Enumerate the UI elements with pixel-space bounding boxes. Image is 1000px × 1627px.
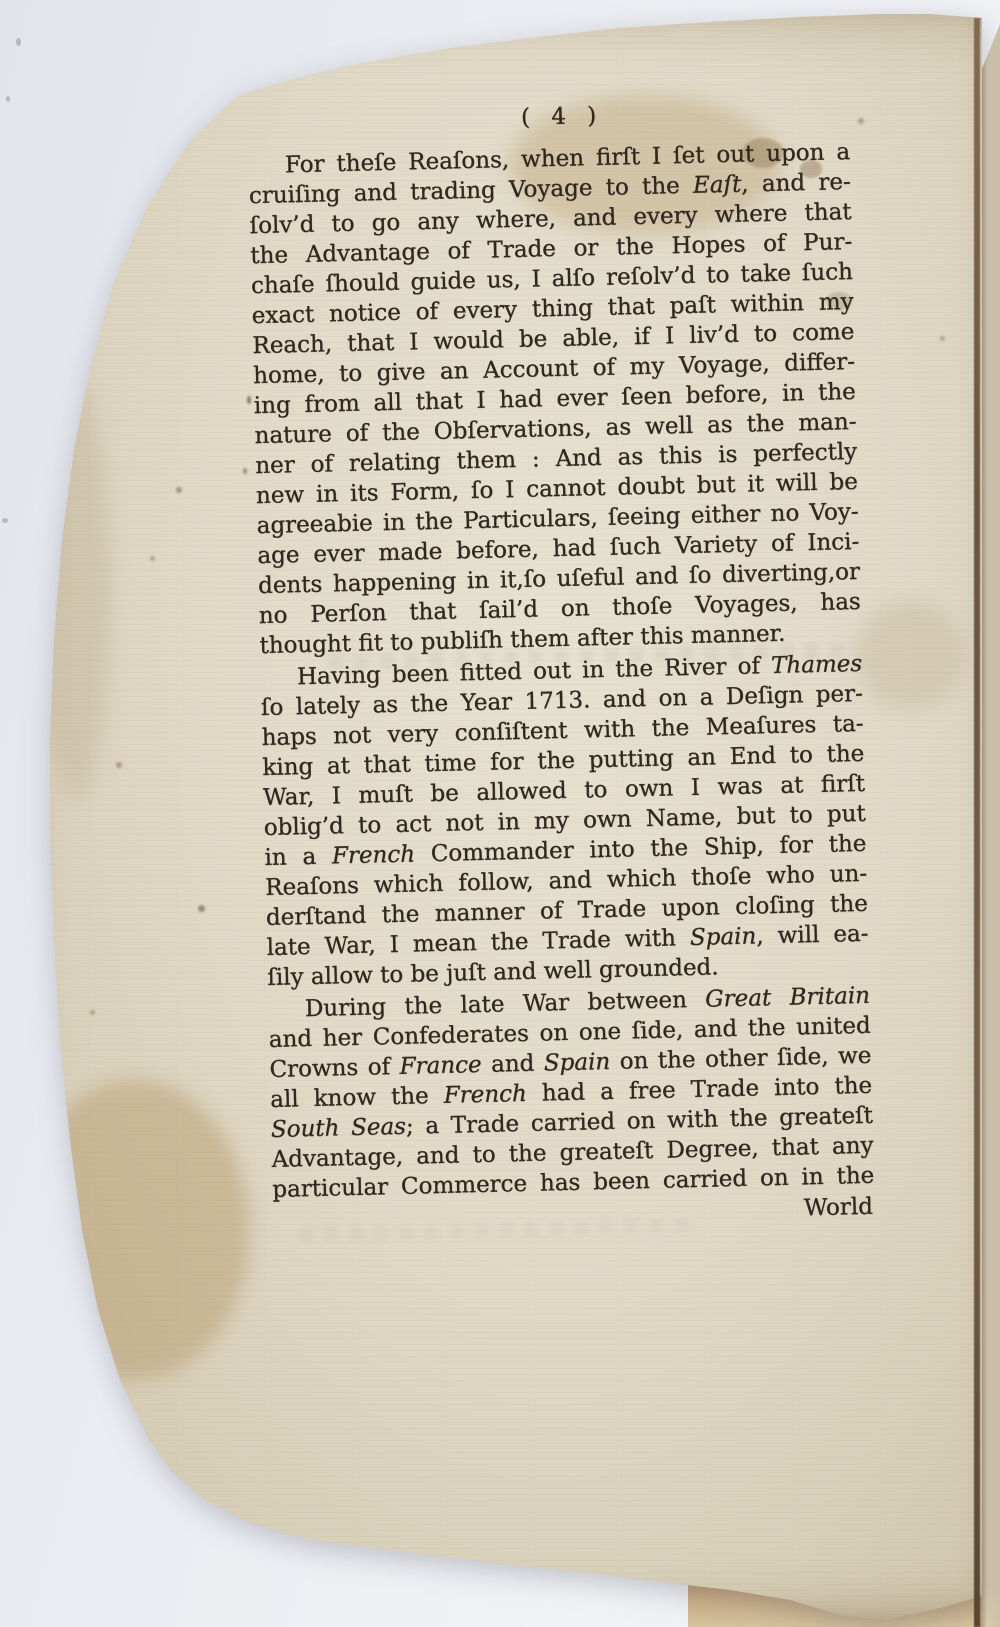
paragraph: During the late War between Great Britai… <box>268 981 875 1205</box>
paragraph: Having been fitted out in the River of T… <box>260 649 870 993</box>
book-page: ( 4 ) For theſe Reaſons, when firſt I ſe… <box>0 0 1000 1627</box>
stain <box>20 1080 250 1380</box>
gutter-crease <box>974 18 980 1627</box>
body-text: For theſe Reaſons, when firſt I ſet out … <box>248 137 875 1205</box>
foxing-spot <box>116 762 122 768</box>
stain <box>40 380 110 800</box>
book-page-wrap: ( 4 ) For theſe Reaſons, when firſt I ſe… <box>0 0 1000 1627</box>
foxing-spot <box>176 487 182 493</box>
stain <box>855 600 965 710</box>
foxing-spot <box>198 905 205 912</box>
text-block: ( 4 ) For theſe Reaſons, when firſt I ſe… <box>247 95 875 1236</box>
ink-speck <box>247 396 251 404</box>
page-number: ( 4 ) <box>261 95 864 139</box>
ink-speck <box>243 468 247 474</box>
photo-of-book-page: { "book": { "page_number": "( 4 )", "cat… <box>0 0 1000 1627</box>
paragraph: For theſe Reaſons, when firſt I ſet out … <box>248 137 862 661</box>
foxing-spot <box>940 336 945 341</box>
foxing-spot <box>90 1010 95 1015</box>
foxing-spot <box>150 556 155 561</box>
